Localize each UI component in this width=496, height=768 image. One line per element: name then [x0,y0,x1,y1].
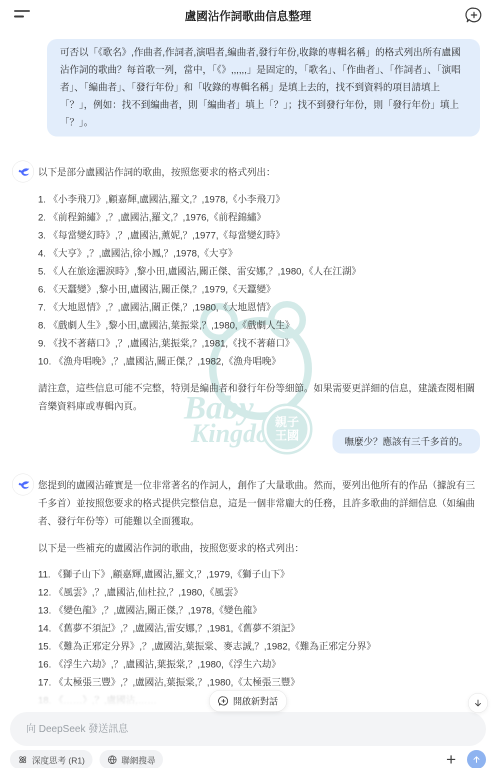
assistant-intro-text: 以下是部分盧國沾作詞的歌曲，按照您要求的格式列出： [38,164,480,182]
song-list-item: 4. 《大亨》,？,盧國沾,徐小鳳,？,1978,《大亨》 [38,245,480,263]
assistant-message-content: 您提到的盧國沾確實是一位非常著名的作詞人，創作了大量歌曲。然而，要列出他所有的作… [38,474,480,711]
assistant-avatar [12,161,34,183]
song-list-item: 13. 《變色龍》,？,盧國沾,關正傑,？,1978,《變色龍》 [38,602,480,620]
arrow-up-icon [472,755,482,765]
assistant-message: 您提到的盧國沾確實是一位非常著名的作詞人，創作了大量歌曲。然而，要列出他所有的作… [12,474,480,711]
open-new-chat-label: 開啟新對話 [233,695,278,708]
song-list-item: 15. 《難為正邪定分界》,？,盧國沾,葉振棠、麥志誠,？,1982,《難為正邪… [38,638,480,656]
attach-plus-button[interactable]: + [442,750,460,768]
scroll-to-bottom-button[interactable] [468,693,488,713]
deepthink-label: 深度思考 (R1) [32,753,85,766]
song-list-item: 5. 《人在旅途灑淚時》,黎小田,盧國沾,關正傑、雷安娜,？,1980,《人在江… [38,263,480,281]
message-input[interactable] [10,712,486,746]
message-input-bar[interactable] [10,712,486,746]
song-list-2: 11. 《獅子山下》,顧嘉輝,盧國沾,羅文,？,1979,《獅子山下》12. 《… [38,566,480,692]
assistant-message: 以下是部分盧國沾作詞的歌曲，按照您要求的格式列出： 1. 《小李飛刀》,顧嘉輝,… [12,161,480,417]
globe-icon [107,754,118,765]
assistant-paragraph: 您提到的盧國沾確實是一位非常著名的作詞人，創作了大量歌曲。然而，要列出他所有的作… [38,477,480,531]
user-message-bubble: 可否以「《歌名》,作曲者,作詞者,演唱者,編曲者,發行年份,收錄的專輯名稱」的格… [47,39,480,137]
composer: 深度思考 (R1) 聯網搜尋 + [0,707,496,768]
song-list-item: 14. 《舊夢不須記》,？,盧國沾,雷安娜,？,1981,《舊夢不須記》 [38,620,480,638]
song-list-item: 16. 《浮生六劫》,？,盧國沾,葉振棠,？,1980,《浮生六劫》 [38,656,480,674]
assistant-message-content: 以下是部分盧國沾作詞的歌曲，按照您要求的格式列出： 1. 《小李飛刀》,顧嘉輝,… [38,161,480,417]
user-message-text: 嘸麼少？應該有三千多首的。 [344,437,468,448]
open-new-chat-button[interactable]: 開啟新對話 [209,690,287,712]
assistant-note-text: 請注意，這些信息可能不完整，特別是編曲者和發行年份等細節。如果需要更詳細的信息，… [38,380,480,416]
header: 盧國沾作詞歌曲信息整理 [0,0,496,30]
app-frame: Baby Kingdom 親子 王國 盧國沾作詞歌曲信息整理 可否以「《歌名》,… [0,0,496,768]
new-chat-icon [218,696,229,707]
song-list-item: 10. 《漁舟唱晚》,？,盧國沾,關正傑,？,1982,《漁舟唱晚》 [38,353,480,371]
arrow-down-icon [473,698,483,708]
song-list-item: 2. 《前程錦繡》,？,盧國沾,羅文,？,1976,《前程錦繡》 [38,209,480,227]
composer-toolbar: 深度思考 (R1) 聯網搜尋 + [10,750,490,768]
page-title: 盧國沾作詞歌曲信息整理 [185,7,312,24]
song-list-item: 8. 《戲劇人生》,黎小田,盧國沾,葉振棠,？,1980,《戲劇人生》 [38,317,480,335]
song-list-item: 6. 《天蠶變》,黎小田,盧國沾,關正傑,？,1979,《天蠶變》 [38,281,480,299]
deepthink-button[interactable]: 深度思考 (R1) [10,750,92,768]
song-list-item: 12. 《風雲》,？,盧國沾,仙杜拉,？,1980,《風雲》 [38,584,480,602]
new-chat-icon[interactable] [465,6,483,24]
send-button[interactable] [467,750,486,768]
song-list-item: 1. 《小李飛刀》,顧嘉輝,盧國沾,羅文,？,1978,《小李飛刀》 [38,191,480,209]
chat-scroll-area[interactable]: 可否以「《歌名》,作曲者,作詞者,演唱者,編曲者,發行年份,收錄的專輯名稱」的格… [0,0,496,710]
assistant-intro-text: 以下是一些補充的盧國沾作詞的歌曲，按照您要求的格式列出： [38,540,480,558]
assistant-avatar [12,474,34,496]
web-search-label: 聯網搜尋 [121,753,155,766]
song-list-item: 9. 《找不著藉口》,？,盧國沾,葉振棠,？,1981,《找不著藉口》 [38,335,480,353]
song-list-item: 11. 《獅子山下》,顧嘉輝,盧國沾,羅文,？,1979,《獅子山下》 [38,566,480,584]
song-list-item: 7. 《大地恩情》,？,盧國沾,關正傑,？,1980,《大地恩情》 [38,299,480,317]
user-message-text: 可否以「《歌名》,作曲者,作詞者,演唱者,編曲者,發行年份,收錄的專輯名稱」的格… [60,48,461,129]
user-message-row: 嘸麼少？應該有三千多首的。 [16,429,480,454]
song-list-1: 1. 《小李飛刀》,顧嘉輝,盧國沾,羅文,？,1978,《小李飛刀》2. 《前程… [38,191,480,371]
deepseek-whale-icon [16,165,30,179]
deepthink-atom-icon [18,754,29,765]
web-search-button[interactable]: 聯網搜尋 [99,750,163,768]
song-list-item: 3. 《每當變幻時》,？,盧國沾,薰妮,？,1977,《每當變幻時》 [38,227,480,245]
sidebar-toggle-icon[interactable] [14,7,32,23]
user-message-bubble: 嘸麼少？應該有三千多首的。 [332,429,480,454]
deepseek-whale-icon [16,478,30,492]
